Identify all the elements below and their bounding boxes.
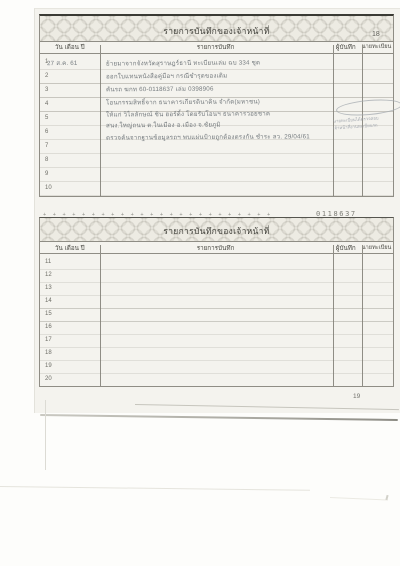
- officials-record-table-top: รายการบันทึกของเจ้าหน้าที่ 18 วัน เดือน …: [39, 14, 394, 197]
- page-number-top: 18: [372, 31, 380, 38]
- row-number: 11: [45, 259, 51, 265]
- officials-record-table-bottom: รายการบันทึกของเจ้าหน้าที่ วัน เดือน ปี …: [39, 217, 394, 387]
- title-band-bottom: รายการบันทึกของเจ้าหน้าที่: [40, 218, 393, 242]
- row-number: 10: [45, 185, 52, 191]
- title-band-top: รายการบันทึกของเจ้าหน้าที่ 18: [40, 16, 393, 42]
- table-title: รายการบันทึกของเจ้าหน้าที่: [163, 224, 269, 241]
- column-header-recorder: ผู้บันทึก: [331, 42, 360, 52]
- column-header-registrar: นายทะเบียน: [360, 244, 393, 252]
- handwritten-line: คันรถ ฆกท 60-0118637 เล่ม 0398906: [106, 84, 214, 95]
- column-header-record: รายการบันทึก: [100, 243, 332, 253]
- faint-scan-line: [0, 486, 310, 491]
- page-edge-shadow: [40, 414, 398, 421]
- table-header-row: วัน เดือน ปี รายการบันทึก ผู้บันทึก นายท…: [40, 242, 393, 254]
- row-number: 7: [45, 143, 48, 149]
- table-header-row: วัน เดือน ปี รายการบันทึก ผู้บันทึก นายท…: [40, 42, 393, 54]
- handwritten-line: โอนกรรมสิทธิ์จาก ธนาคารเกียรตินาคิน จำกั…: [106, 96, 260, 107]
- row-number: 12: [45, 272, 52, 278]
- faint-scan-line: [330, 497, 388, 501]
- row-number: 18: [45, 350, 52, 356]
- handwritten-entry-date: 27 ส.ค. 61: [47, 58, 78, 68]
- fold-line: [45, 400, 46, 470]
- row-number: 5: [45, 115, 48, 121]
- row-number: 8: [45, 157, 48, 163]
- column-header-record: รายการบันทึก: [100, 42, 332, 52]
- row-number: 4: [45, 101, 48, 107]
- handwritten-line: ออกใบแทนหนังสือคู่มือฯ กรณีชำรุดของเดิม: [106, 71, 227, 82]
- column-header-date: วัน เดือน ปี: [40, 243, 100, 253]
- row-number: 3: [45, 87, 48, 93]
- handwritten-line: ย้ายมาจากจังหวัดสุราษฎร์ธานี ทะเบียนเล่ม…: [106, 57, 260, 68]
- row-number: 6: [45, 129, 48, 135]
- scan-speck: [385, 495, 388, 500]
- row-number: 15: [45, 311, 52, 317]
- row-number: 16: [45, 324, 52, 330]
- handwritten-line: ตรวจค้นจากฐานข้อมูลรถฯ พบแผ่นป้ายถูกต้อง…: [106, 131, 310, 142]
- table-title: รายการบันทึกของเจ้าหน้าที่: [163, 24, 269, 41]
- row-number: 20: [45, 376, 52, 382]
- row-number: 13: [45, 285, 52, 291]
- page-number-bottom: 19: [353, 393, 360, 400]
- column-header-recorder: ผู้บันทึก: [331, 243, 360, 253]
- column-header-date: วัน เดือน ปี: [40, 42, 100, 52]
- handwritten-line: ให้แก่ วิไลลักษณ์ ชิน ฮอร์ดิ้ง โดยรับโอน…: [106, 108, 270, 119]
- table-body-bottom: 11 12 13 14 15 16 17 18 19 20: [40, 257, 393, 387]
- row-number: 9: [45, 171, 48, 177]
- row-number: 14: [45, 298, 52, 304]
- row-number: 2: [45, 73, 48, 79]
- registration-book-page: รายการบันทึกของเจ้าหน้าที่ 18 วัน เดือน …: [34, 8, 400, 413]
- handwritten-line: สนง.ใหญ่ถนน ต.ในเมือง อ.เมือง จ.ชัยภูมิ: [106, 120, 221, 131]
- column-header-registrar: นายทะเบียน: [360, 43, 393, 51]
- row-number: 19: [45, 363, 52, 369]
- row-number: 17: [45, 337, 52, 343]
